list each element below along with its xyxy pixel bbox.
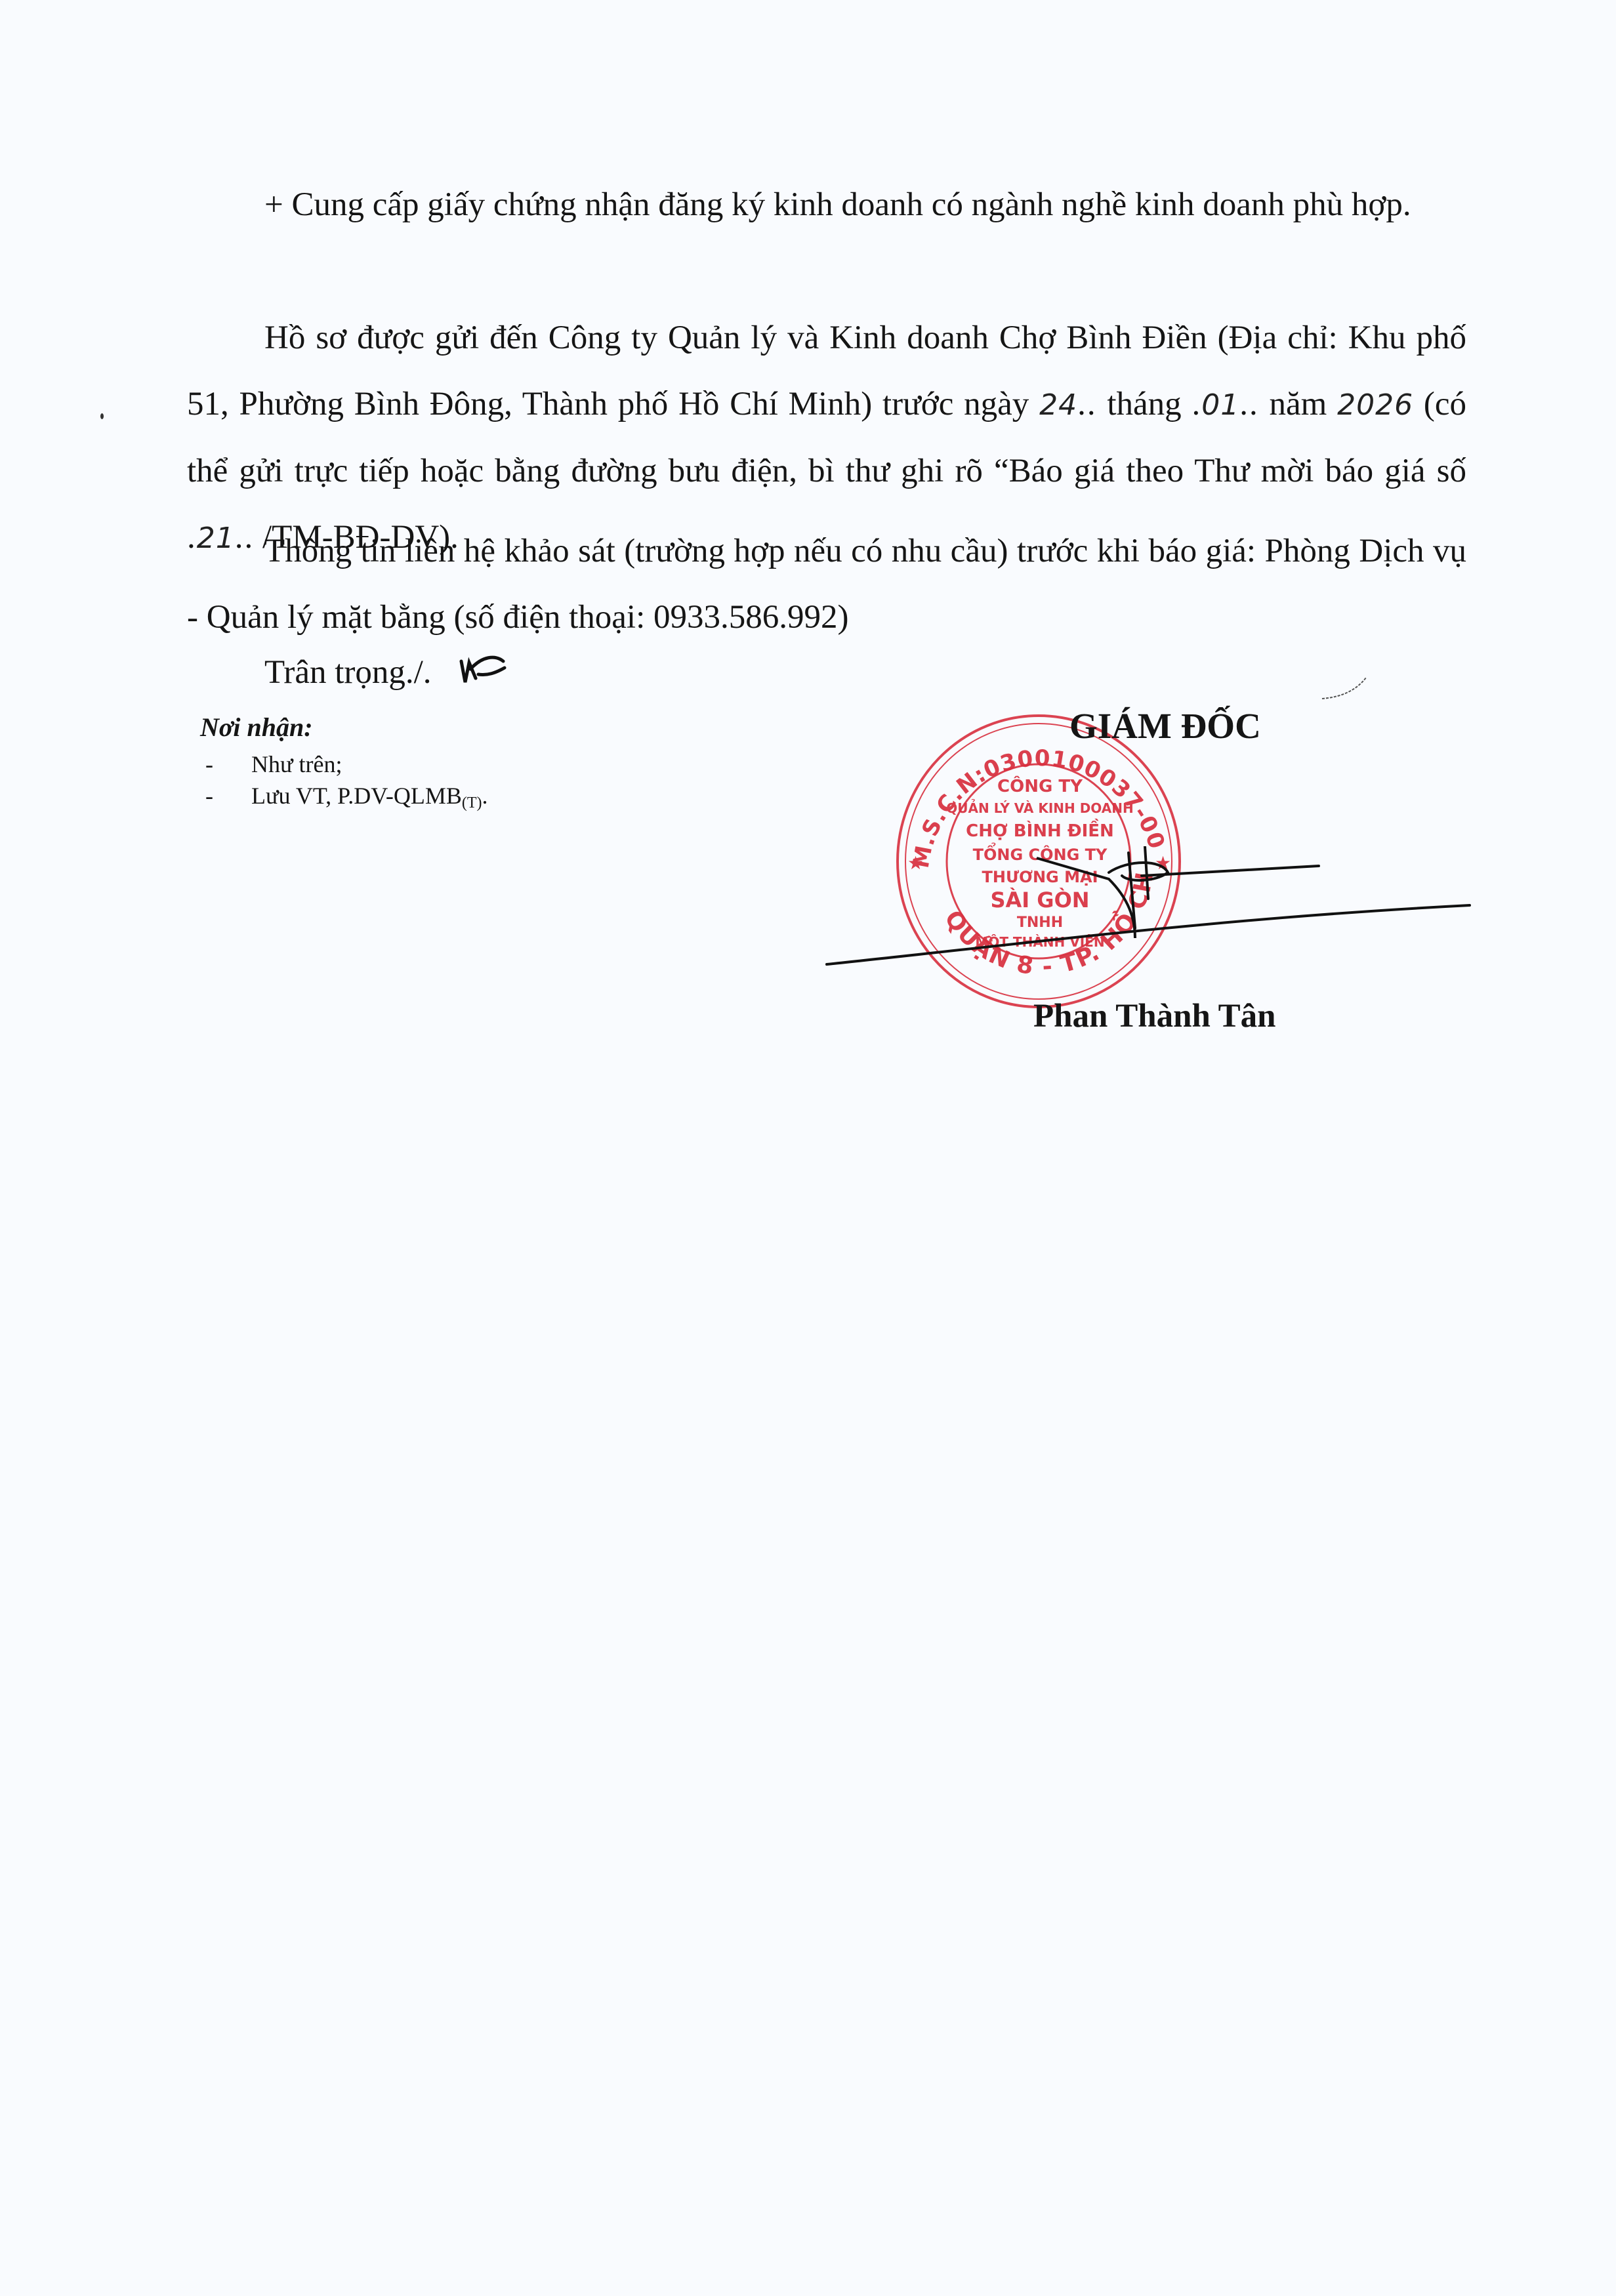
handwritten-signature-icon [820, 846, 1476, 977]
seal-line: CÔNG TY [997, 775, 1083, 796]
handwritten-day: 24 [1039, 388, 1077, 422]
recipient-subscript: (T) [462, 794, 482, 811]
closing-line: Trân trọng./. [187, 640, 1466, 706]
recipients-block: Nơi nhận: - Như trên; - Lưu VT, P.DV-QLM… [200, 712, 488, 819]
closing-text: Trân trọng./. [264, 654, 432, 691]
year-label: năm [1259, 386, 1337, 422]
list-dash: - [200, 780, 251, 819]
paragraph-text: Thông tin liên hệ khảo sát (trường hợp n… [187, 533, 1466, 636]
paragraph-contact: Thông tin liên hệ khảo sát (trường hợp n… [187, 518, 1466, 651]
paragraph-business-license: + Cung cấp giấy chứng nhận đăng ký kinh … [187, 172, 1466, 238]
recipient-text: Như trên; [251, 748, 342, 780]
recipient-item: - Lưu VT, P.DV-QLMB(T). [200, 780, 488, 819]
recipient-text: Lưu VT, P.DV-QLMB [251, 783, 462, 809]
scan-speck [100, 413, 104, 419]
handwritten-month: 01 [1201, 388, 1239, 422]
paragraph-text: + Cung cấp giấy chứng nhận đăng ký kinh … [264, 186, 1411, 223]
seal-line: QUẢN LÝ VÀ KINH DOANH [946, 800, 1133, 816]
pen-stroke-mark-icon [1319, 672, 1371, 705]
document-page: + Cung cấp giấy chứng nhận đăng ký kinh … [0, 0, 1616, 2296]
recipient-end: . [482, 783, 488, 809]
recipients-title: Nơi nhận: [200, 712, 488, 743]
seal-line: CHỢ BÌNH ĐIỀN [966, 818, 1114, 841]
initials-paraph-icon [456, 649, 508, 689]
signer-title: GIÁM ĐỐC [1069, 705, 1261, 747]
recipient-item: - Như trên; [200, 748, 488, 780]
list-dash: - [200, 748, 251, 780]
handwritten-year: 2026 [1337, 388, 1413, 422]
month-label: tháng [1097, 386, 1192, 422]
signer-name: Phan Thành Tân [1033, 997, 1276, 1035]
